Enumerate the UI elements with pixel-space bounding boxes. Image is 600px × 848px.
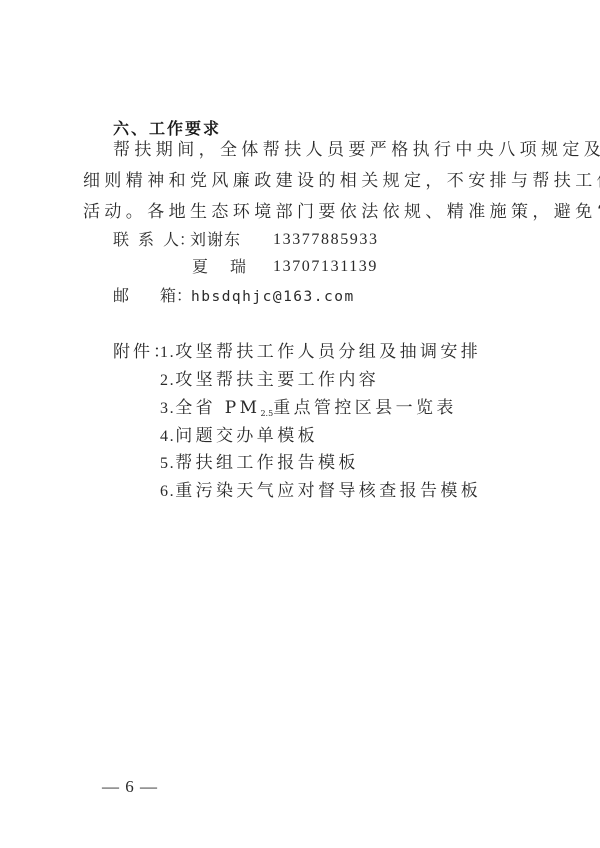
email-label-1: 邮	[113, 286, 129, 306]
attachment-item-3: 3.全省 PM2.5重点管控区县一览表	[160, 398, 457, 424]
pm-subscript: 2.5	[260, 409, 273, 418]
attachment-text: 重点管控区县一览表	[273, 398, 457, 418]
attachment-text: 攻坚帮扶主要工作内容	[175, 370, 379, 390]
attachment-num: 3.	[160, 400, 175, 417]
paragraph-line-3: 活动。各地生态环境部门要依法依规、精准施策，避免“一刀切”。	[83, 202, 600, 222]
section-heading: 六、工作要求	[113, 116, 221, 139]
attachment-text: 重污染天气应对督导核查报告模板	[175, 481, 481, 501]
contact-name-1: 刘谢东	[190, 230, 241, 250]
contact-name-2: 夏瑞	[192, 257, 246, 277]
attachment-item-6: 6.重污染天气应对督导核查报告模板	[160, 481, 481, 502]
attachment-text: 问题交办单模板	[175, 426, 318, 446]
email-label-2: 箱：	[160, 286, 192, 306]
paragraph-line-1: 帮扶期间，全体帮扶人员要严格执行中央八项规定及其实施	[113, 140, 600, 160]
contact-phone-2: 13707131139	[273, 257, 378, 277]
paragraph-line-2: 细则精神和党风廉政建设的相关规定，不安排与帮扶工作无关的	[83, 171, 600, 191]
attachment-text: 攻坚帮扶工作人员分组及抽调安排	[175, 342, 481, 362]
attachment-item-5: 5.帮扶组工作报告模板	[160, 453, 359, 474]
attachment-text: 帮扶组工作报告模板	[175, 453, 359, 473]
attachment-item-1: 1.攻坚帮扶工作人员分组及抽调安排	[160, 342, 481, 363]
attachment-item-4: 4.问题交办单模板	[160, 426, 318, 447]
attachment-num: 2.	[160, 372, 175, 389]
attachment-text: 全省 PM	[175, 398, 260, 418]
contact-label: 联系人：	[113, 230, 195, 250]
page-number: — 6 —	[102, 777, 158, 797]
attachment-num: 4.	[160, 428, 175, 445]
contact-phone-1: 13377885933	[273, 230, 379, 250]
attachment-num: 5.	[160, 455, 175, 472]
attachment-num: 1.	[160, 344, 175, 361]
email-address: hbsdqhjc@163.com	[191, 287, 355, 307]
attachment-num: 6.	[160, 483, 175, 500]
attachment-item-2: 2.攻坚帮扶主要工作内容	[160, 370, 379, 391]
